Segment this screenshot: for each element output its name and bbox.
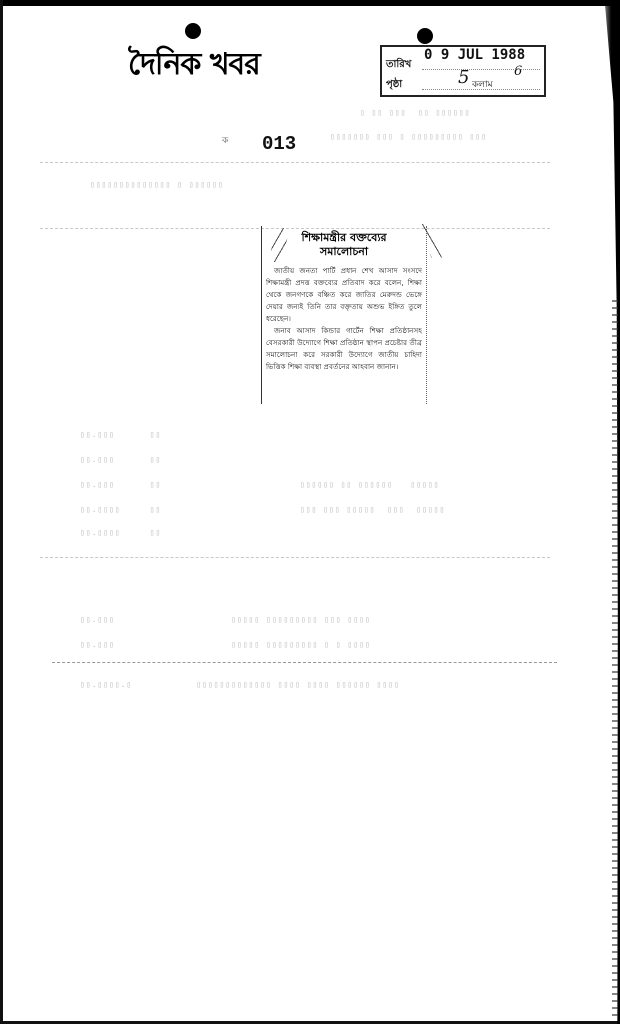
stamp-page-label: পৃষ্ঠা [386, 77, 402, 94]
stamp-dotted-line [422, 69, 540, 70]
stamp-date: 0 9 JUL 1988 [424, 47, 525, 63]
scanned-page: দৈনিক খবর 0 9 JUL 1988 তারিখ পৃষ্ঠা 5 কল… [0, 0, 620, 1024]
bleed-through-text: ▯▯.▯▯▯▯ ▯▯ [80, 528, 161, 537]
stamp-date-label: তারিখ [386, 57, 411, 74]
bleed-through-text: ▯▯▯▯▯▯▯ ▯▯▯ ▯ ▯▯▯▯▯▯▯▯▯ ▯▯▯ [330, 132, 487, 141]
article-paragraph: জাতীয় জনতা পার্টি প্রধান শেখ আসাদ সংসদে… [266, 265, 422, 325]
bleed-through-text: ▯▯▯ ▯▯▯ ▯▯▯▯▯ ▯▯▯ ▯▯▯▯▯ [300, 505, 445, 514]
news-clipping: শিক্ষামন্ত্রীর বক্তব্যের সমালোচনা জাতীয়… [261, 226, 427, 404]
headline-line-1: শিক্ষামন্ত্রীর বক্তব্যের [266, 231, 422, 245]
bleed-through-text: ▯▯.▯▯▯ ▯▯▯▯▯ ▯▯▯▯▯▯▯▯▯ ▯ ▯ ▯▯▯▯ [80, 640, 371, 649]
scan-noise-right [612, 300, 618, 1020]
bleed-through-text: ▯▯.▯▯▯ ▯▯ [80, 480, 161, 489]
bleed-through-rule [40, 557, 550, 558]
punch-hole-icon [417, 28, 433, 44]
document-number: 013 [262, 133, 296, 155]
bleed-through-rule [52, 662, 557, 663]
punch-hole-icon [185, 23, 201, 39]
bleed-through-text: ▯ ▯▯ ▯▯▯ ▯▯ ▯▯▯▯▯▯ [360, 108, 471, 117]
article-body: জাতীয় জনতা পার্টি প্রধান শেখ আসাদ সংসদে… [266, 265, 422, 373]
stamp-column-number: 6 [514, 64, 522, 79]
newspaper-name: দৈনিক খবর [128, 40, 260, 91]
stamp-page-number: 5 [458, 67, 469, 88]
scan-border-left [0, 0, 3, 1024]
bleed-through-text: ▯▯.▯▯▯▯ ▯▯ [80, 505, 161, 514]
bleed-through-text: ▯▯▯▯▯▯▯▯▯▯▯▯▯▯ ▯ ▯▯▯▯▯▯ [90, 180, 224, 189]
bleed-through-rule [40, 162, 550, 163]
bleed-through-text: ▯▯.▯▯▯▯.▯ ▯▯▯▯▯▯▯▯▯▯▯▯▯ ▯▯▯▯ ▯▯▯▯ ▯▯▯▯▯▯… [80, 680, 400, 689]
margin-mark: ক [222, 133, 228, 148]
date-stamp: 0 9 JUL 1988 তারিখ পৃষ্ঠা 5 কলাম 6 [380, 45, 546, 97]
scan-border-top [0, 0, 620, 6]
bleed-through-text: ▯▯.▯▯▯ ▯▯ [80, 455, 161, 464]
bleed-through-text: ▯▯▯▯▯▯ ▯▯ ▯▯▯▯▯▯ ▯▯▯▯▯ [300, 480, 440, 489]
bleed-through-text: ▯▯.▯▯▯ ▯▯▯▯▯ ▯▯▯▯▯▯▯▯▯ ▯▯▯ ▯▯▯▯ [80, 615, 371, 624]
article-headline: শিক্ষামন্ত্রীর বক্তব্যের সমালোচনা [266, 231, 422, 259]
headline-line-2: সমালোচনা [266, 245, 422, 259]
bleed-through-text: ▯▯.▯▯▯ ▯▯ [80, 430, 161, 439]
article-paragraph: জনাব আসাদ কিন্ডার গার্টেন শিক্ষা প্রতিষ্… [266, 325, 422, 373]
stamp-dotted-line [422, 89, 540, 90]
